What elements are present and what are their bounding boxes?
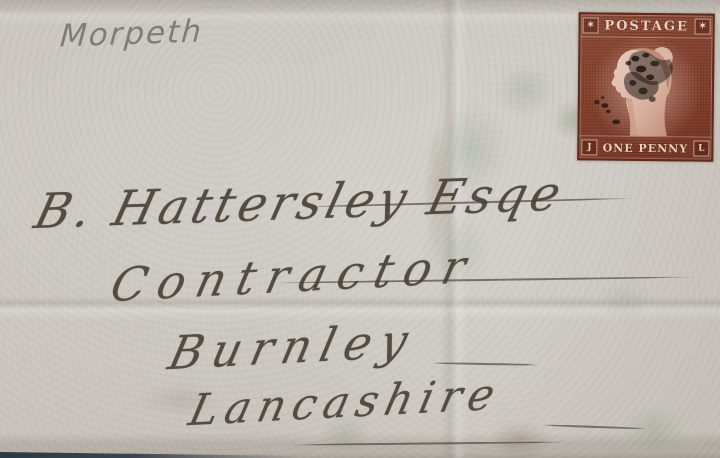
scanner-edge-shadow [0,451,300,458]
address-line-county: Lancashire [184,369,506,436]
pencil-note: Morpeth [59,13,204,54]
penny-red-stamp: ✶ POSTAGE ✶ [577,12,715,161]
ink-flourish-bottom-swoosh [285,441,570,446]
check-letter-left: J [581,139,597,155]
stamp-bottom-band: J ONE PENNY L [579,135,711,159]
ink-flourish-lancashire-tail [540,424,648,430]
stamp-postage-label: POSTAGE [604,18,689,34]
postal-cover-scan: Morpeth B. Hattersley Esqe Contractor Bu… [0,0,720,458]
address-line-town: Burnley [164,313,422,381]
check-letter-right: L [693,140,709,156]
star-ornament-icon: ✶ [583,17,599,33]
ink-flourish-burnley-tail [430,362,540,366]
address-line-occupation: Contractor [106,239,482,313]
star-ornament-icon: ✶ [695,19,711,35]
stamp-vignette [579,37,712,136]
stamp-top-band: ✶ POSTAGE ✶ [581,14,713,38]
queen-victoria-profile [579,37,712,136]
stamp-one-penny-label: ONE PENNY [603,141,689,155]
